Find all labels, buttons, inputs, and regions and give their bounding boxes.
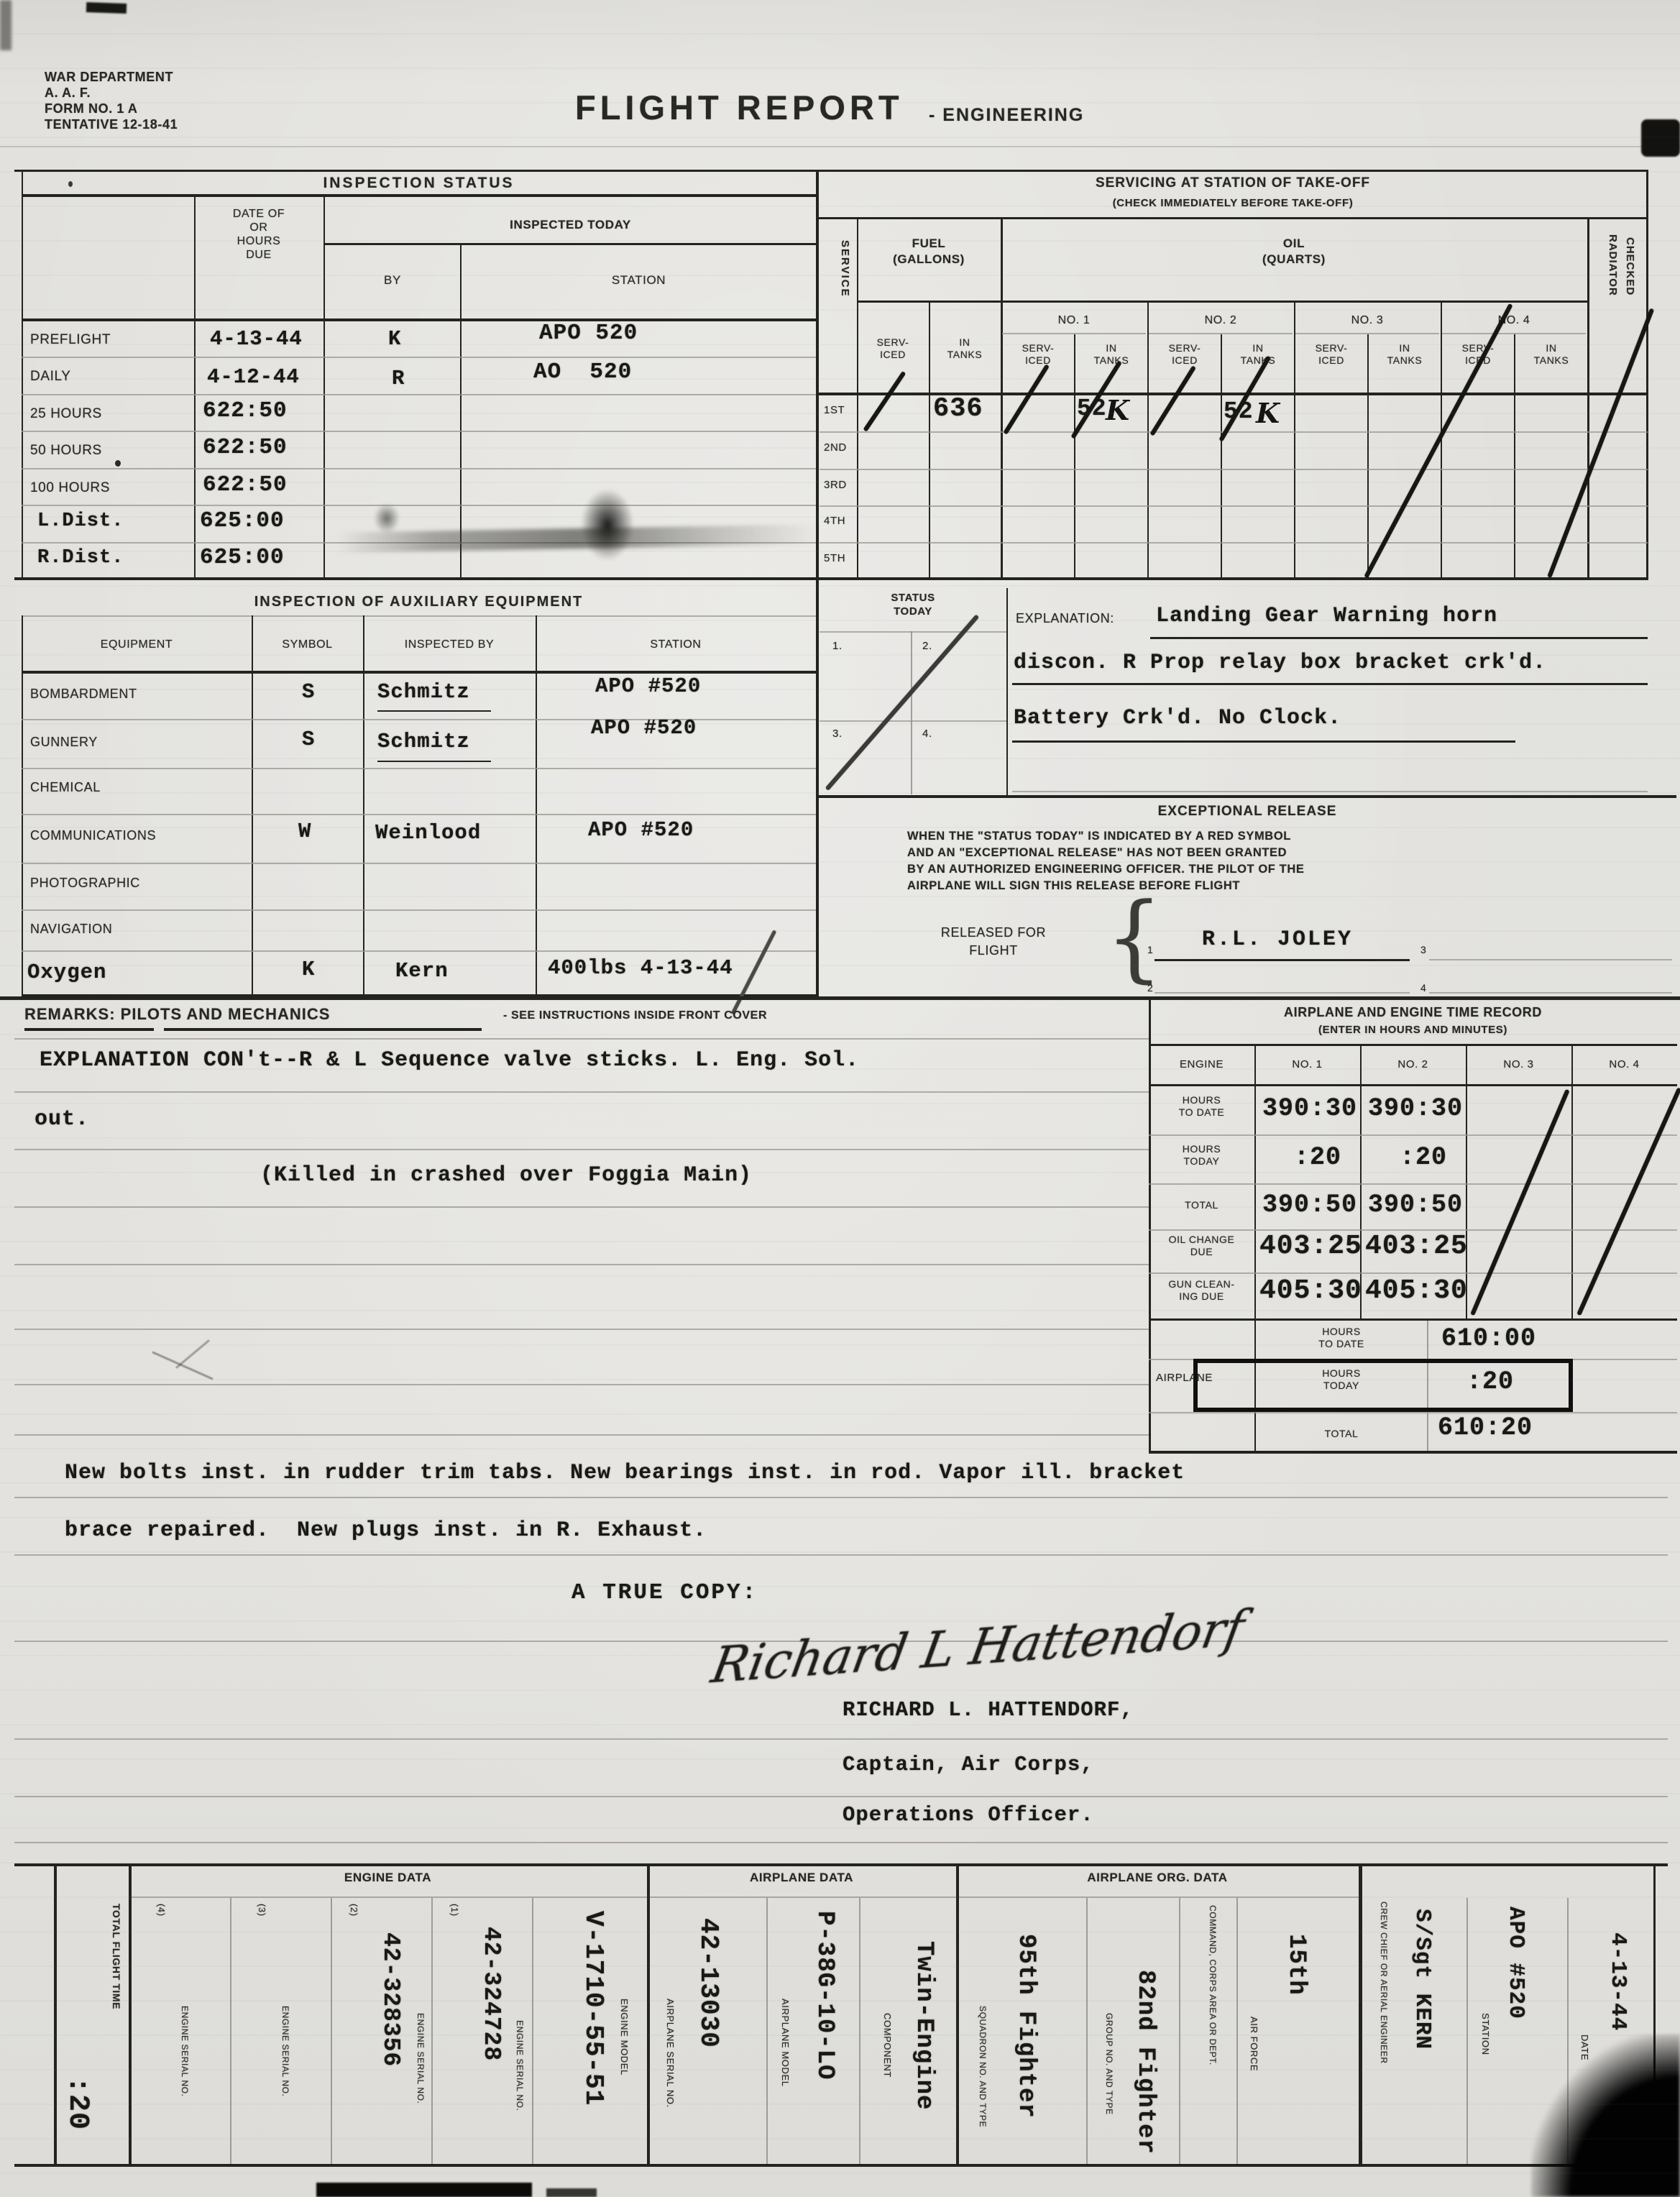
table-border <box>857 301 1587 303</box>
fuel-in-tanks-value: 636 <box>933 394 983 424</box>
table-border <box>956 1896 1359 1898</box>
row-label: HOURS TODAY <box>1149 1143 1254 1168</box>
row-label: 3RD <box>824 479 847 491</box>
row-label: Oxygen <box>27 960 106 984</box>
row-divider <box>22 909 816 911</box>
status-slash-stroke <box>825 615 979 791</box>
table-border <box>1179 1898 1180 2164</box>
table-border <box>647 1863 650 2165</box>
ink-dot <box>115 460 121 467</box>
cell-value: Kern <box>395 959 449 983</box>
cell-value: 390:30 <box>1262 1094 1357 1123</box>
pen-check-stroke <box>1149 365 1195 436</box>
engine-serial-label: ENGINE SERIAL NO. <box>416 2013 426 2104</box>
table-border <box>911 631 912 794</box>
table-border <box>820 720 1006 722</box>
pencil-scribble <box>152 1351 213 1380</box>
engine-no4-label: (4) <box>156 1904 167 1917</box>
pencil-scribble <box>175 1339 210 1369</box>
engine-no2-label: (2) <box>349 1904 359 1917</box>
airplane-model-label: AIRPLANE MODEL <box>780 1999 791 2087</box>
table-border <box>1149 1451 1677 1454</box>
entry-underline <box>377 761 491 762</box>
row-label: 50 HOURS <box>30 443 102 459</box>
signer-rank: Captain, Air Corps, <box>843 1753 1094 1776</box>
air-force-label: AIR FORCE <box>1249 2017 1259 2071</box>
ruled-line <box>14 1497 1668 1498</box>
engine-serial-label: ENGINE SERIAL NO. <box>180 2006 190 2096</box>
airplane-serial-label: AIRPLANE SERIAL NO. <box>665 1999 676 2108</box>
true-copy-label: A TRUE COPY: <box>572 1580 758 1605</box>
table-border <box>1074 334 1075 577</box>
remarks-header: REMARKS: PILOTS AND MECHANICS <box>24 1005 330 1024</box>
cell-value: K <box>302 958 315 981</box>
subcol-serviced: SERV- ICED <box>1002 342 1074 367</box>
pen-check-stroke <box>1003 364 1049 434</box>
col-header-no2: NO. 2 <box>1360 1058 1466 1070</box>
col-header-inspected-by: INSPECTED BY <box>363 638 536 651</box>
cell-value: R <box>392 367 405 390</box>
col-header-engine: ENGINE <box>1149 1058 1254 1070</box>
status-cell-3: 3. <box>832 728 843 740</box>
ruled-line <box>14 1264 1149 1265</box>
section-divider <box>817 795 1676 798</box>
subcol-serviced: SERV- ICED <box>1149 342 1221 367</box>
subcol-in-tanks: IN TANKS <box>929 336 1001 361</box>
subcol-serviced: SERV- ICED <box>1295 342 1367 367</box>
entry-underline <box>1012 791 1648 792</box>
table-border <box>1466 1898 1468 2164</box>
table-border <box>817 217 1648 219</box>
entry-underline <box>1012 683 1648 685</box>
col-header-station: STATION <box>462 273 816 288</box>
page-title: FLIGHT REPORT <box>575 88 904 127</box>
ruled-line <box>14 1206 1149 1208</box>
row-divider <box>820 469 1648 470</box>
engine1-serial-value: 42-324728 <box>478 1927 505 2061</box>
row-label: PHOTOGRAPHIC <box>30 876 140 891</box>
table-border <box>230 1898 231 2164</box>
table-border <box>1149 333 1293 334</box>
row-label: 25 HOURS <box>30 406 102 422</box>
table-border <box>22 615 816 617</box>
cell-value: W <box>298 820 311 843</box>
ink-blot <box>581 489 634 561</box>
command-label: COMMAND, CORPS AREA OR DEPT. <box>1208 1905 1218 2065</box>
squadron-value: 95th Fighter <box>1012 1934 1039 2119</box>
table-border <box>816 170 819 998</box>
cell-value: 405:30 <box>1365 1275 1468 1306</box>
date-label: DATE <box>1579 2035 1590 2060</box>
header-underline <box>24 1028 154 1031</box>
ink-blot <box>374 503 400 533</box>
table-border <box>766 1898 768 2164</box>
row-divider <box>22 768 816 769</box>
row-label: 4TH <box>824 515 845 527</box>
row-label: BOMBARDMENT <box>30 687 137 702</box>
row-divider <box>22 468 816 469</box>
table-border <box>1149 1318 1677 1321</box>
table-border <box>325 243 816 245</box>
row-label: COMMUNICATIONS <box>30 828 156 843</box>
row-label: PREFLIGHT <box>30 332 111 348</box>
table-border <box>14 577 1648 580</box>
table-border <box>22 170 23 579</box>
form-agency-block: WAR DEPARTMENT A. A. F. FORM NO. 1 A TEN… <box>45 69 178 132</box>
component-value: Twin-Engine <box>910 1941 937 2110</box>
cell-value: 4-12-44 <box>207 365 300 389</box>
explanation-line: Landing Gear Warning horn <box>1156 604 1497 628</box>
scan-artifact <box>1641 119 1680 157</box>
ruled-line <box>14 1038 1149 1040</box>
table-border <box>1567 1898 1569 2164</box>
total-flight-time-value: :20 <box>61 2076 93 2130</box>
row-divider <box>22 505 816 506</box>
scan-artifact <box>0 0 12 50</box>
cell-value: 625:00 <box>200 508 285 533</box>
cell-value: 390:50 <box>1368 1191 1463 1219</box>
aux-equipment-title: INSPECTION OF AUXILIARY EQUIPMENT <box>22 594 816 610</box>
exceptional-release-body: WHEN THE "STATUS TODAY" IS INDICATED BY … <box>907 828 1669 894</box>
engine2-serial-value: 42-328356 <box>377 1932 404 2067</box>
engine-serial-label: ENGINE SERIAL NO. <box>280 2006 290 2096</box>
engine-model-value: V-1710-55-51 <box>579 1911 608 2106</box>
row-divider <box>22 431 816 432</box>
table-border <box>460 244 462 577</box>
row-label: HOURS TO DATE <box>1149 1094 1254 1119</box>
ruled-line <box>14 1384 1149 1385</box>
cell-value: 390:30 <box>1368 1094 1463 1123</box>
signature-rule <box>1429 959 1672 960</box>
page-title-suffix: - ENGINEERING <box>929 105 1084 126</box>
col-header-oil-no4: NO. 4 <box>1441 314 1587 327</box>
servicing-subtitle: (CHECK IMMEDIATELY BEFORE TAKE-OFF) <box>820 197 1646 209</box>
airplane-data-title: AIRPLANE DATA <box>647 1871 956 1885</box>
engine-no3-label: (3) <box>257 1904 267 1917</box>
crew-chief-value: S/Sgt KERN <box>1410 1909 1435 2050</box>
signature-line-no: 2 <box>1147 982 1153 994</box>
cell-value: 622:50 <box>203 472 288 497</box>
row-label: CHEMICAL <box>30 780 101 795</box>
air-force-value: 15th <box>1282 1934 1310 1996</box>
table-border <box>129 1863 132 2165</box>
row-divider <box>22 394 816 395</box>
signer-title: Operations Officer. <box>843 1803 1094 1827</box>
table-border <box>1587 217 1589 577</box>
table-border <box>532 1898 533 2164</box>
col-header-oil-no1: NO. 1 <box>1001 314 1147 327</box>
table-border <box>22 671 816 674</box>
table-border <box>1359 1863 1362 2165</box>
explanation-line: Battery Crk'd. No Clock. <box>1014 706 1341 730</box>
pen-na-stroke <box>1470 1089 1569 1316</box>
oil1-check-mark: K <box>1106 394 1129 426</box>
row-divider <box>22 863 816 864</box>
row-label: 2ND <box>824 441 847 454</box>
signature-line-no: 1 <box>1147 944 1153 955</box>
table-border <box>14 170 1648 172</box>
table-border <box>1149 1044 1677 1046</box>
remarks-line: EXPLANATION CON't--R & L Sequence valve … <box>40 1048 859 1073</box>
scan-artifact <box>546 2188 597 2197</box>
handwritten-signature: Richard L Hattendorf <box>707 1600 1249 1695</box>
col-header-no3: NO. 3 <box>1466 1058 1571 1070</box>
header-underline <box>164 1028 482 1031</box>
table-border <box>1006 588 1008 797</box>
status-cell-2: 2. <box>922 640 932 652</box>
row-divider <box>1149 1412 1677 1413</box>
engine-no1-label: (1) <box>449 1904 460 1917</box>
row-label: L.Dist. <box>37 510 124 532</box>
col-header-no4: NO. 4 <box>1571 1058 1677 1070</box>
table-border <box>22 318 816 321</box>
section-divider <box>14 1863 1668 1866</box>
subcol-in-tanks: IN TANKS <box>1222 342 1294 367</box>
table-border <box>331 1898 332 2164</box>
col-header-symbol: SYMBOL <box>252 638 363 651</box>
ruled-line <box>14 1434 1149 1436</box>
signature-line-no: 3 <box>1420 944 1426 955</box>
entry-underline <box>377 710 491 712</box>
airplane-org-data-title: AIRPLANE ORG. DATA <box>956 1871 1359 1885</box>
engine-serial-label: ENGINE SERIAL NO. <box>515 2020 525 2111</box>
crew-chief-label: CREW CHIEF OR AERIAL ENGINEER <box>1379 1902 1389 2064</box>
station-label: STATION <box>1480 2013 1491 2055</box>
scan-rule <box>0 146 1680 147</box>
table-border <box>431 1898 433 2164</box>
date-value: 4-13-44 <box>1605 1932 1630 2031</box>
cell-value: 405:30 <box>1259 1275 1362 1306</box>
cell-value: 610:00 <box>1441 1324 1536 1353</box>
pen-mark-stroke <box>731 930 776 1014</box>
squadron-label: SQUADRON NO. AND TYPE <box>978 2006 988 2127</box>
table-border <box>1149 1084 1677 1086</box>
signer-name: RICHARD L. HATTENDORF, <box>843 1698 1134 1722</box>
hours-today-highlight-box <box>1193 1359 1573 1412</box>
col-header-service: SERVICE <box>839 240 851 298</box>
released-signature-1: R.L. JOLEY <box>1202 927 1353 952</box>
table-border <box>820 631 1006 633</box>
table-border <box>1295 333 1439 334</box>
table-border <box>129 1896 647 1898</box>
status-today-label: STATUS TODAY <box>820 591 1006 618</box>
explanation-line: discon. R Prop relay box bracket crk'd. <box>1014 651 1546 675</box>
ruled-line <box>14 1149 1149 1150</box>
row-divider <box>820 431 1648 433</box>
cell-value: 622:50 <box>203 435 288 460</box>
cell-value: Weinlood <box>375 821 481 845</box>
scan-artifact <box>316 2183 532 2197</box>
brace-glyph: { <box>1106 891 1163 985</box>
ruled-line <box>14 1738 1668 1740</box>
cell-value: 403:25 <box>1365 1231 1468 1262</box>
table-border <box>1367 334 1369 577</box>
col-header-radiator: RADIATOR <box>1607 234 1619 296</box>
cell-value: 625:00 <box>200 545 285 570</box>
remarks-line: (Killed in crashed over Foggia Main) <box>260 1163 752 1188</box>
table-border <box>1002 333 1146 334</box>
maintenance-note-line: brace repaired. New plugs inst. in R. Ex… <box>65 1518 707 1543</box>
pen-na-stroke <box>1576 1088 1680 1316</box>
row-label: GUN CLEAN- ING DUE <box>1149 1278 1254 1303</box>
table-border <box>956 1863 959 2165</box>
row-divider <box>22 950 816 952</box>
col-header-radiator: CHECKED <box>1624 237 1636 295</box>
table-border <box>1514 334 1515 577</box>
table-border <box>859 1898 860 2164</box>
col-header-by: BY <box>325 273 460 288</box>
time-record-title: AIRPLANE AND ENGINE TIME RECORD <box>1149 1005 1677 1020</box>
col-header-inspected-today: INSPECTED TODAY <box>325 218 816 232</box>
component-label: COMPONENT <box>882 2013 893 2078</box>
cell-value: AO 520 <box>533 359 632 385</box>
station-value: APO #520 <box>1503 1907 1528 2019</box>
airplane-serial-value: 42-13030 <box>694 1918 723 2048</box>
scan-artifact <box>86 2 127 14</box>
cell-value: K <box>388 327 401 351</box>
row-label: DAILY <box>30 369 71 385</box>
cell-value: S <box>302 680 315 704</box>
cell-value: Schmitz <box>377 680 470 704</box>
col-header-fuel: FUEL (GALLONS) <box>857 236 1001 267</box>
row-label: 5TH <box>824 552 845 564</box>
ruled-line <box>14 1554 1668 1556</box>
table-border <box>1001 217 1003 577</box>
subcol-serviced: SERV- ICED <box>857 336 929 361</box>
released-for-flight-label: RELEASED FOR FLIGHT <box>907 924 1080 960</box>
entry-underline <box>1150 637 1648 639</box>
cell-value: :20 <box>1294 1143 1341 1172</box>
subcol-in-tanks: IN TANKS <box>1369 342 1441 367</box>
ruled-line <box>14 1842 1668 1843</box>
row-divider <box>22 814 816 815</box>
exceptional-release-title: EXCEPTIONAL RELEASE <box>820 804 1675 820</box>
row-divider <box>1149 1134 1677 1136</box>
table-border <box>1646 170 1648 579</box>
row-divider <box>22 357 816 358</box>
engine-data-title: ENGINE DATA <box>129 1871 647 1885</box>
cell-value: 403:25 <box>1259 1231 1362 1262</box>
col-header-station: STATION <box>536 638 816 651</box>
status-cell-4: 4. <box>922 728 932 740</box>
ruled-line <box>14 1796 1668 1797</box>
row-divider <box>820 542 1648 543</box>
table-border <box>647 1896 956 1898</box>
signature-rule <box>1155 959 1410 961</box>
row-divider <box>22 719 816 720</box>
cell-value: APO #520 <box>588 818 694 842</box>
table-border <box>1442 333 1586 334</box>
row-divider <box>1149 1183 1677 1185</box>
entry-underline <box>1012 740 1515 743</box>
row-label: 100 HOURS <box>30 480 110 496</box>
cell-value: S <box>302 728 315 751</box>
scan-artifact <box>338 524 820 553</box>
cell-value: 622:50 <box>203 398 288 423</box>
engine-model-label: ENGINE MODEL <box>619 1999 630 2076</box>
section-divider <box>0 996 1680 1000</box>
col-header-no1: NO. 1 <box>1254 1058 1360 1070</box>
row-divider <box>22 542 816 543</box>
cell-value: APO #520 <box>595 674 701 698</box>
scan-artifact <box>1531 2035 1680 2197</box>
inspection-status-title: INSPECTION STATUS <box>22 175 816 192</box>
total-flight-time-label: TOTAL FLIGHT TIME <box>111 1904 122 2009</box>
table-border <box>1221 334 1222 577</box>
ruled-line <box>14 1329 1149 1330</box>
group-value: 82nd Fighter <box>1132 1970 1159 2155</box>
row-divider <box>820 505 1648 507</box>
signature-rule <box>1429 992 1672 994</box>
cell-value: APO 520 <box>539 321 638 346</box>
col-header-equipment: EQUIPMENT <box>22 638 252 651</box>
row-label: R.Dist. <box>37 547 124 569</box>
cell-value: 610:20 <box>1438 1413 1533 1442</box>
maintenance-note-line: New bolts inst. in rudder trim tabs. New… <box>65 1461 1185 1485</box>
table-border <box>14 2164 1668 2167</box>
remarks-line: out. <box>35 1107 89 1132</box>
airplane-model-value: P-38G-10-LO <box>811 1911 838 2080</box>
status-cell-1: 1. <box>832 640 843 652</box>
cell-value: :20 <box>1400 1143 1447 1172</box>
row-label: GUNNERY <box>30 735 98 750</box>
time-record-subtitle: (ENTER IN HOURS AND MINUTES) <box>1149 1024 1677 1036</box>
ruled-line <box>14 1091 1149 1093</box>
table-border <box>1653 1863 1656 2165</box>
explanation-label: EXPLANATION: <box>1016 611 1114 626</box>
oil2-check-mark: K <box>1256 397 1280 429</box>
table-border <box>857 217 858 577</box>
group-label: GROUP NO. AND TYPE <box>1104 2013 1114 2115</box>
table-border <box>54 1863 57 2165</box>
row-label: NAVIGATION <box>30 922 112 937</box>
col-header-oil-no2: NO. 2 <box>1147 314 1294 327</box>
subcol-in-tanks: IN TANKS <box>1075 342 1147 367</box>
pen-check-stroke <box>863 371 906 432</box>
col-header-oil: OIL (QUARTS) <box>1001 236 1587 267</box>
signature-rule <box>1155 992 1410 994</box>
row-label: TOTAL <box>1149 1199 1254 1211</box>
cell-value: Schmitz <box>377 730 470 753</box>
table-border <box>22 194 816 197</box>
col-header-oil-no3: NO. 3 <box>1294 314 1441 327</box>
table-border <box>323 196 325 577</box>
subcol-in-tanks: IN TANKS <box>1515 342 1587 367</box>
col-header-date-due: DATE OF OR HOURS DUE <box>196 207 322 262</box>
cell-value: 4-13-44 <box>210 327 303 351</box>
cell-value: 390:50 <box>1262 1191 1357 1219</box>
remarks-header-note: - SEE INSTRUCTIONS INSIDE FRONT COVER <box>503 1009 767 1022</box>
table-border <box>1086 1898 1088 2164</box>
row-label: TOTAL <box>1256 1428 1427 1440</box>
row-label: HOURS TO DATE <box>1256 1326 1427 1350</box>
signature-line-no: 4 <box>1420 982 1426 994</box>
table-border <box>1236 1898 1238 2164</box>
cell-value: 400lbs 4-13-44 <box>548 956 733 980</box>
row-label: 1ST <box>824 404 845 416</box>
servicing-title: SERVICING AT STATION OF TAKE-OFF <box>820 175 1646 191</box>
row-label: OIL CHANGE DUE <box>1149 1234 1254 1258</box>
cell-value: APO #520 <box>591 716 697 740</box>
flight-report-scan: WAR DEPARTMENT A. A. F. FORM NO. 1 A TEN… <box>0 0 1680 2197</box>
